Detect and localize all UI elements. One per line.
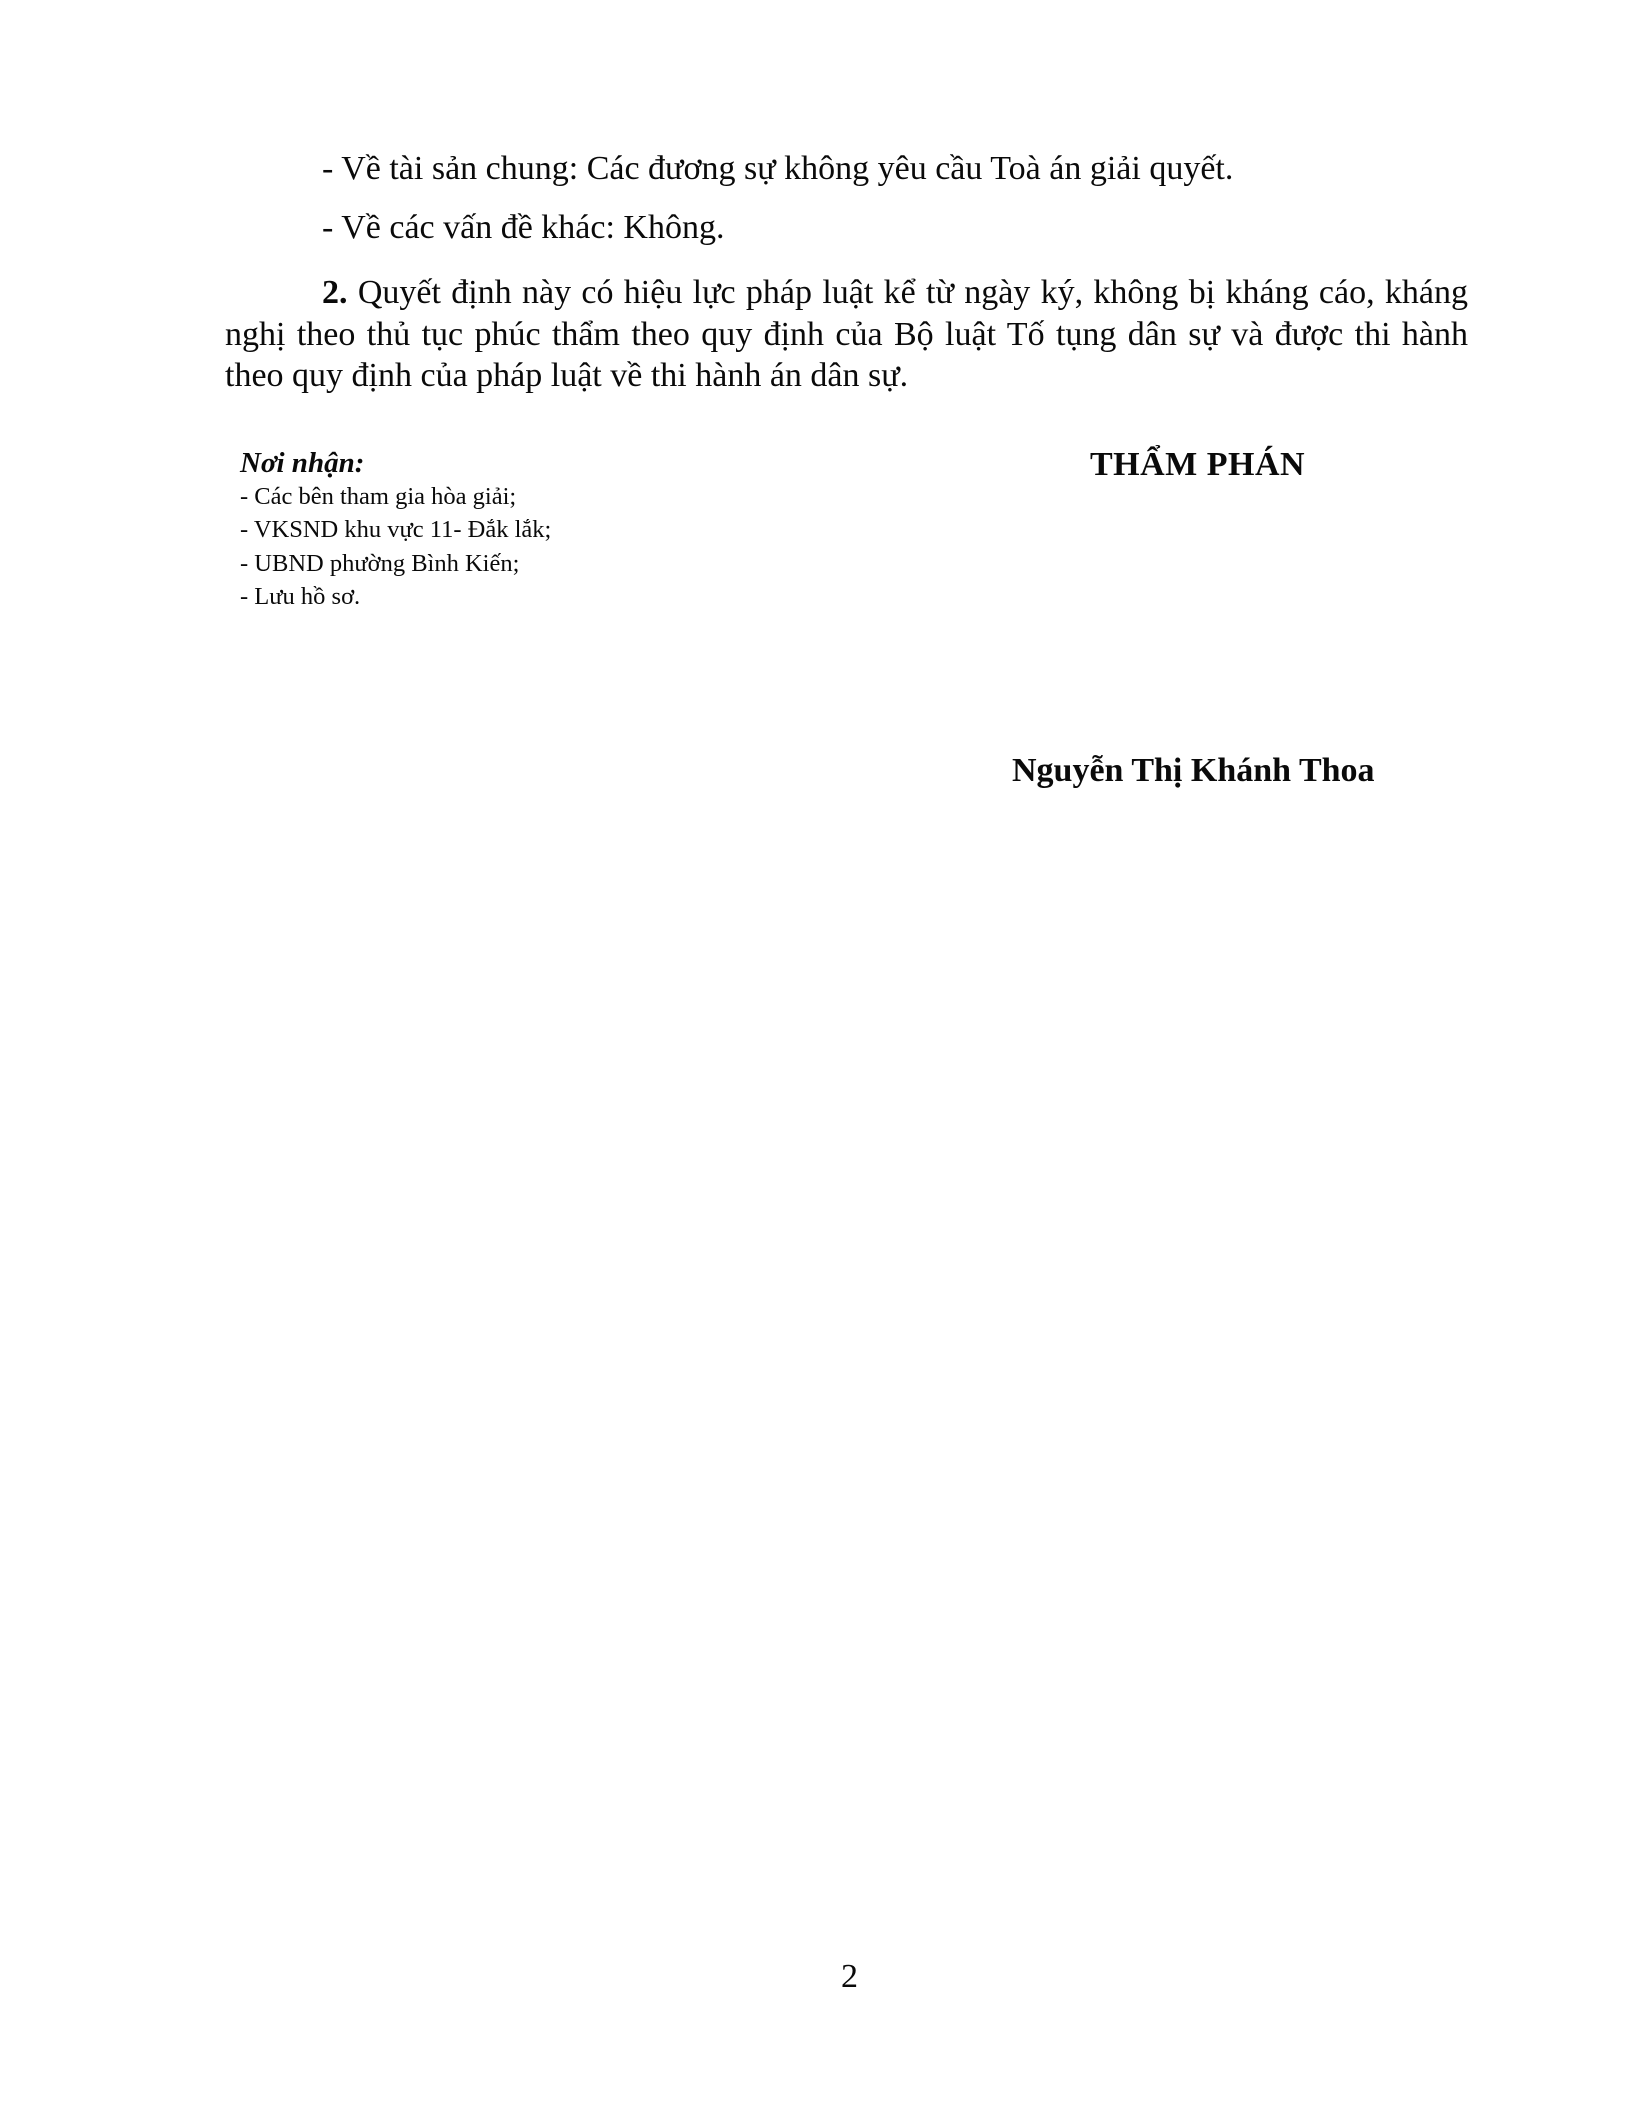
other-issues-line: - Về các vấn đề khác: Không. xyxy=(322,207,725,248)
common-property-line: - Về tài sản chung: Các đương sự không y… xyxy=(322,148,1233,189)
signature-name: Nguyễn Thị Khánh Thoa xyxy=(1012,752,1375,790)
page-number: 2 xyxy=(841,1958,858,1996)
recipients-block: Nơi nhận: - Các bên tham gia hòa giải; -… xyxy=(240,447,551,613)
recipient-item: - VKSND khu vực 11- Đắk lắk; xyxy=(240,513,551,546)
recipients-title: Nơi nhận: xyxy=(240,447,551,480)
recipient-item: - UBND phường Bình Kiến; xyxy=(240,547,551,580)
recipient-item: - Lưu hồ sơ. xyxy=(240,580,551,613)
signature-title: THẨM PHÁN xyxy=(1090,446,1305,484)
clause-text: Quyết định này có hiệu lực pháp luật kể … xyxy=(225,274,1468,394)
clause-number: 2. xyxy=(322,274,348,311)
clause-2-paragraph: 2. Quyết định này có hiệu lực pháp luật … xyxy=(225,272,1468,397)
recipient-item: - Các bên tham gia hòa giải; xyxy=(240,480,551,513)
